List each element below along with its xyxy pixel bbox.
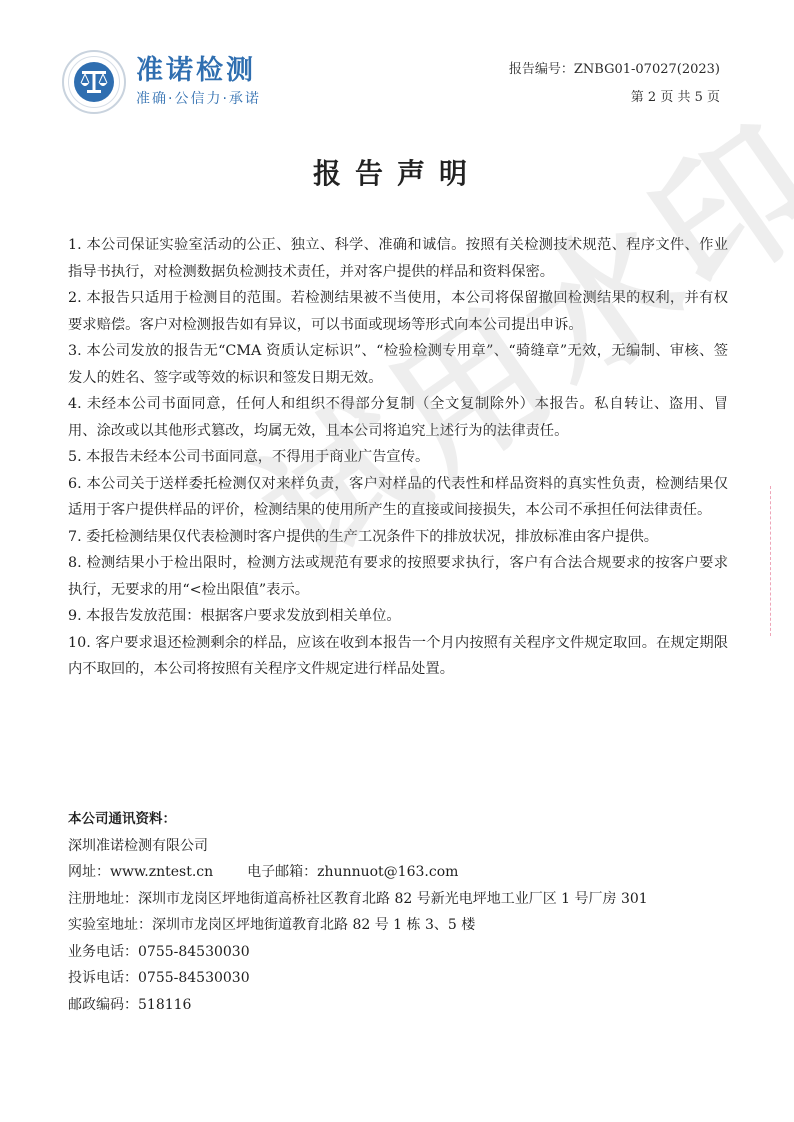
clause-9: 9. 本报告发放范围：根据客户要求发放到相关单位。 [68, 603, 728, 630]
statement-clauses: 1. 本公司保证实验室活动的公正、独立、科学、准确和诚信。按照有关检测技术规范、… [68, 232, 728, 683]
clause-8: 8. 检测结果小于检出限时，检测方法或规范有要求的按照要求执行，客户有合法合规要… [68, 550, 728, 603]
contact-info: 本公司通讯资料： 深圳准诺检测有限公司 网址：www.zntest.cn电子邮箱… [68, 806, 728, 1018]
page-title: 报告声明 [0, 152, 794, 192]
registered-address: 注册地址：深圳市龙岗区坪地街道高桥社区教育北路 82 号新光电坪地工业厂区 1 … [68, 886, 728, 913]
company-logo: 准诺检测 准确·公信力·承诺 [62, 50, 261, 114]
clause-1: 1. 本公司保证实验室活动的公正、独立、科学、准确和诚信。按照有关检测技术规范、… [68, 232, 728, 285]
business-phone: 业务电话：0755-84530030 [68, 939, 728, 966]
clause-5: 5. 本报告未经本公司书面同意，不得用于商业广告宣传。 [68, 444, 728, 471]
complaint-phone: 投诉电话：0755-84530030 [68, 965, 728, 992]
seam-seal-mark [770, 486, 783, 636]
clause-7: 7. 委托检测结果仅代表检测时客户提供的生产工况条件下的排放状况，排放标准由客户… [68, 524, 728, 551]
clause-3: 3. 本公司发放的报告无“CMA 资质认定标识”、“检验检测专用章”、“骑缝章”… [68, 338, 728, 391]
postal-code: 邮政编码：518116 [68, 992, 728, 1019]
website: 网址：www.zntest.cn [68, 864, 213, 880]
report-meta: 报告编号：ZNBG01-07027(2023) 第 2 页 共 5 页 [509, 56, 720, 112]
logo-title: 准诺检测 [136, 56, 261, 86]
clause-4: 4. 未经本公司书面同意，任何人和组织不得部分复制（全文复制除外）本报告。私自转… [68, 391, 728, 444]
scales-emblem-icon [62, 50, 126, 114]
page-info: 第 2 页 共 5 页 [509, 84, 720, 112]
logo-slogan: 准确·公信力·承诺 [136, 88, 261, 108]
web-email-row: 网址：www.zntest.cn电子邮箱：zhunnuot@163.com [68, 859, 728, 886]
clause-10: 10. 客户要求退还检测剩余的样品，应该在收到本报告一个月内按照有关程序文件规定… [68, 630, 728, 683]
clause-2: 2. 本报告只适用于检测目的范围。若检测结果被不当使用，本公司将保留撤回检测结果… [68, 285, 728, 338]
report-number: 报告编号：ZNBG01-07027(2023) [509, 56, 720, 84]
company-name: 深圳准诺检测有限公司 [68, 833, 728, 860]
lab-address: 实验室地址：深圳市龙岗区坪地街道教育北路 82 号 1 栋 3、5 楼 [68, 912, 728, 939]
clause-6: 6. 本公司关于送样委托检测仅对来样负责，客户对样品的代表性和样品资料的真实性负… [68, 471, 728, 524]
contact-heading: 本公司通讯资料： [68, 806, 728, 833]
email: 电子邮箱：zhunnuot@163.com [247, 864, 458, 880]
